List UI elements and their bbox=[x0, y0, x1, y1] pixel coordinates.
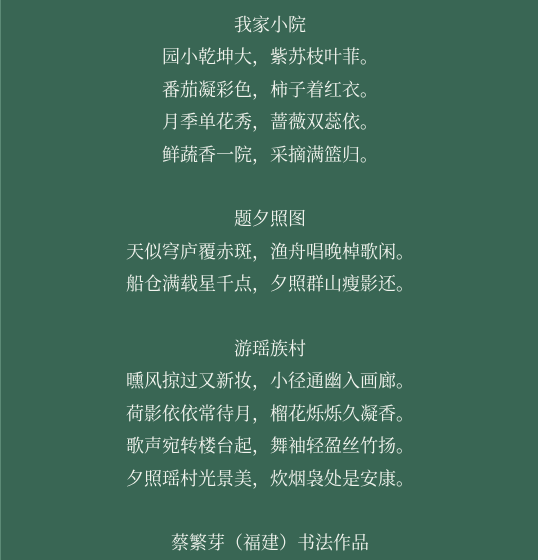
poem-line: 天似穹庐覆赤斑，渔舟唱晚棹歌闲。 bbox=[1, 237, 538, 269]
poem-line: 夕照瑶村光景美，炊烟袅处是安康。 bbox=[1, 464, 538, 496]
poem-title: 我家小院 bbox=[1, 10, 538, 42]
poem-line: 园小乾坤大，紫苏枝叶菲。 bbox=[1, 42, 538, 74]
poem-line: 船仓满载星千点，夕照群山瘦影还。 bbox=[1, 269, 538, 301]
page-frame: 我家小院 园小乾坤大，紫苏枝叶菲。 番茄凝彩色，柿子着红衣。 月季单花秀，蔷薇双… bbox=[0, 0, 537, 560]
poem-line: 鲜蔬香一院，采摘满篮归。 bbox=[1, 140, 538, 172]
poem-yao-village: 游瑶族村 曛风掠过又新妆，小径通幽入画廊。 荷影依依常待月，榴花烁烁久凝香。 歌… bbox=[1, 334, 538, 496]
poem-line: 曛风掠过又新妆，小径通幽入画廊。 bbox=[1, 366, 538, 398]
poem-line: 歌声宛转楼台起，舞袖轻盈丝竹扬。 bbox=[1, 431, 538, 463]
poem-title: 游瑶族村 bbox=[1, 334, 538, 366]
poem-collection: 我家小院 园小乾坤大，紫苏枝叶菲。 番茄凝彩色，柿子着红衣。 月季单花秀，蔷薇双… bbox=[1, 10, 538, 560]
author-signature: 蔡繁芽（福建）书法作品 bbox=[1, 528, 538, 560]
poem-sunset-painting: 题夕照图 天似穹庐覆赤斑，渔舟唱晚棹歌闲。 船仓满载星千点，夕照群山瘦影还。 bbox=[1, 204, 538, 301]
poem-my-little-courtyard: 我家小院 园小乾坤大，紫苏枝叶菲。 番茄凝彩色，柿子着红衣。 月季单花秀，蔷薇双… bbox=[1, 10, 538, 172]
poem-line: 月季单花秀，蔷薇双蕊依。 bbox=[1, 107, 538, 139]
poem-title: 题夕照图 bbox=[1, 204, 538, 236]
poem-line: 番茄凝彩色，柿子着红衣。 bbox=[1, 75, 538, 107]
poem-line: 荷影依依常待月，榴花烁烁久凝香。 bbox=[1, 399, 538, 431]
